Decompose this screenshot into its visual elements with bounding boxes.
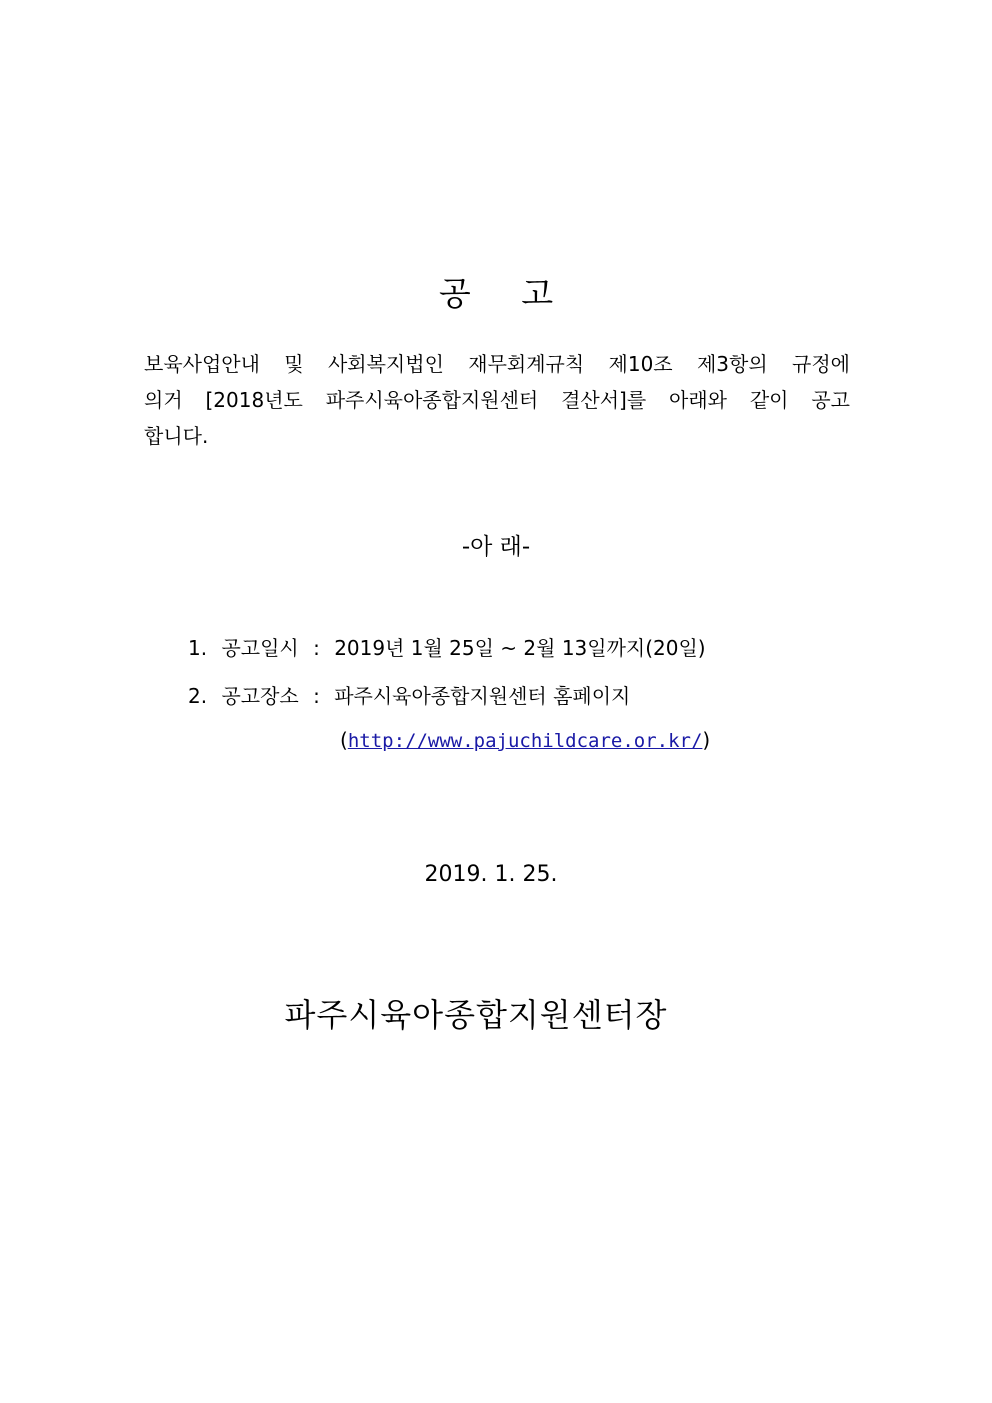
item-label: 공고일시 <box>221 636 298 660</box>
homepage-link[interactable]: http://www.pajuchildcare.or.kr/ <box>348 730 703 752</box>
signer-name: 파주시육아종합지원센터장 <box>0 990 952 1036</box>
notice-item-period: 1. 공고일시 : 2019년 1월 25일 ~ 2월 13일까지(20일) <box>188 632 706 661</box>
notice-title: 공 고 <box>0 268 992 315</box>
url-open-paren: ( <box>340 728 348 752</box>
item-separator: : <box>313 684 320 708</box>
homepage-url-line: (http://www.pajuchildcare.or.kr/) <box>340 728 710 752</box>
body-line-2: 의거 [2018년도 파주시육아종합지원센터 결산서]를 아래와 같이 공고 <box>144 384 850 413</box>
item-value: 파주시육아종합지원센터 홈페이지 <box>334 684 630 708</box>
section-subheading: -아 래- <box>0 528 992 561</box>
notice-date: 2019. 1. 25. <box>0 862 982 887</box>
body-line-1: 보육사업안내 및 사회복지법인 재무회계규칙 제10조 제3항의 규정에 <box>144 348 850 377</box>
item-value: 2019년 1월 25일 ~ 2월 13일까지(20일) <box>334 636 705 660</box>
body-line-3: 합니다. <box>144 420 850 449</box>
item-separator: : <box>313 636 320 660</box>
item-label: 공고장소 <box>221 684 298 708</box>
notice-item-location: 2. 공고장소 : 파주시육아종합지원센터 홈페이지 <box>188 680 630 709</box>
url-close-paren: ) <box>702 728 710 752</box>
item-number: 1. <box>188 636 207 660</box>
item-number: 2. <box>188 684 207 708</box>
notice-body: 보육사업안내 및 사회복지법인 재무회계규칙 제10조 제3항의 규정에 의거 … <box>144 348 850 448</box>
